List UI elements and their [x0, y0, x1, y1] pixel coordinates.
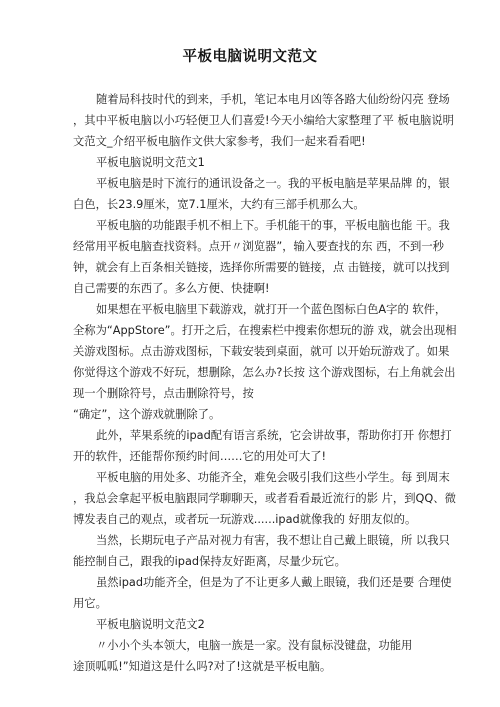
- section-heading: 平板电脑说明文范文1: [73, 152, 437, 173]
- paragraph-line: 现一个删除符号，点击删除符号，按: [73, 383, 437, 404]
- paragraph-line: 经常用平板电脑查找资料。点开〃浏览器”，输入要查找的东 西，不到一秒: [73, 236, 437, 257]
- paragraph-line: 关游戏图标。点击游戏图标，下载安装到桌面，就可 以开始玩游戏了。如果: [73, 341, 437, 362]
- document-page: 平板电脑说明文范文 随着局科技时代的到来，手机，笔记本电月凶等各路大仙纷纷闪亮 …: [0, 0, 500, 707]
- paragraph-line: ，其中平板电脑以小巧轻便卫人们喜爱!今天小编给大家整理了平 板电脑说明: [73, 110, 437, 131]
- paragraph: 随着局科技时代的到来，手机，笔记本电月凶等各路大仙纷纷闪亮 登场，其中平板电脑以…: [73, 89, 437, 152]
- paragraph-line: 用它。: [73, 593, 437, 614]
- paragraph-line: 当然，长期玩电子产品对视力有害，我不想让自己戴上眼镜，所 以我只: [73, 530, 437, 551]
- paragraph-line: 白色，长23.9厘米，宽7.1厘米，大约有三部手机那么大。: [73, 194, 437, 215]
- paragraph-line: 此外，苹果系统的ipad配有语言系统，它会讲故事，帮助你打开 你想打: [73, 425, 437, 446]
- paragraph-line: 途顶呱呱!”知道这是什么吗?对了!这就是平板电脑。: [73, 656, 437, 677]
- paragraph-line: 随着局科技时代的到来，手机，笔记本电月凶等各路大仙纷纷闪亮 登场: [73, 89, 437, 110]
- paragraph: 平板电脑的用处多、功能齐全，难免会吸引我们这些小学生。每 到周末，我总会拿起平板…: [73, 467, 437, 530]
- paragraph-line: ，我总会拿起平板电脑跟同学聊聊天，或者看看最近流行的影 片，到QQ、微: [73, 488, 437, 509]
- paragraph: 当然，长期玩电子产品对视力有害，我不想让自己戴上眼镜，所 以我只能控制自己，跟我…: [73, 530, 437, 572]
- paragraph-line: 开的软件，还能帮你预约时间……它的用处可大了!: [73, 446, 437, 467]
- paragraph-line: 如果想在平板电脑里下载游戏，就打开一个蓝色图标白色A字的 软件，: [73, 299, 437, 320]
- paragraph: 平板电脑的功能跟手机不相上下。手机能干的事，平板电脑也能 干。我经常用平板电脑查…: [73, 215, 437, 299]
- paragraph-line: 你觉得这个游戏不好玩，想删除，怎么办?长按 这个游戏图标，右上角就会出: [73, 362, 437, 383]
- paragraph-line: “确定”，这个游戏就删除了。: [73, 404, 437, 425]
- paragraph: 平板电脑是时下流行的通讯设备之一。我的平板电脑是苹果品牌 的，银白色，长23.9…: [73, 173, 437, 215]
- paragraph-line: 平板电脑是时下流行的通讯设备之一。我的平板电脑是苹果品牌 的，银: [73, 173, 437, 194]
- paragraph: 此外，苹果系统的ipad配有语言系统，它会讲故事，帮助你打开 你想打开的软件，还…: [73, 425, 437, 467]
- paragraph-line: 能控制自己，跟我的ipad保持友好距离，尽量少玩它。: [73, 551, 437, 572]
- paragraph-line: 文范文_介绍平板电脑作文供大家参考，我们一起来看看吧!: [73, 131, 437, 152]
- paragraph-line: 全称为“AppStore”。打开之后，在搜索栏中搜索你想玩的游 戏，就会出现相: [73, 320, 437, 341]
- paragraph-line: 虽然ipad功能齐全，但是为了不让更多人戴上眼镜，我们还是要 合理使: [73, 572, 437, 593]
- paragraph-line: 平板电脑的用处多、功能齐全，难免会吸引我们这些小学生。每 到周末: [73, 467, 437, 488]
- paragraph-line: 〃小小个头本领大，电脑一族是一家。没有鼠标没键盘，功能用: [73, 635, 437, 656]
- paragraph-line: 钟，就会有上百条相关链接，选择你所需要的链接，点 击链接，就可以找到: [73, 257, 437, 278]
- paragraph-line: 自己需要的东西了。多么方便、快捷啊!: [73, 278, 437, 299]
- document-body: 随着局科技时代的到来，手机，笔记本电月凶等各路大仙纷纷闪亮 登场，其中平板电脑以…: [73, 89, 437, 677]
- paragraph: 〃小小个头本领大，电脑一族是一家。没有鼠标没键盘，功能用途顶呱呱!”知道这是什么…: [73, 635, 437, 677]
- paragraph-line: 平板电脑的功能跟手机不相上下。手机能干的事，平板电脑也能 干。我: [73, 215, 437, 236]
- document-title: 平板电脑说明文范文: [0, 45, 500, 66]
- section-heading: 平板电脑说明文范文2: [73, 614, 437, 635]
- paragraph: 如果想在平板电脑里下载游戏，就打开一个蓝色图标白色A字的 软件，全称为“AppS…: [73, 299, 437, 425]
- paragraph: 虽然ipad功能齐全，但是为了不让更多人戴上眼镜，我们还是要 合理使用它。: [73, 572, 437, 614]
- paragraph-line: 博发表自己的观点，或者玩一玩游戏......ipad就像我的 好朋友似的。: [73, 509, 437, 530]
